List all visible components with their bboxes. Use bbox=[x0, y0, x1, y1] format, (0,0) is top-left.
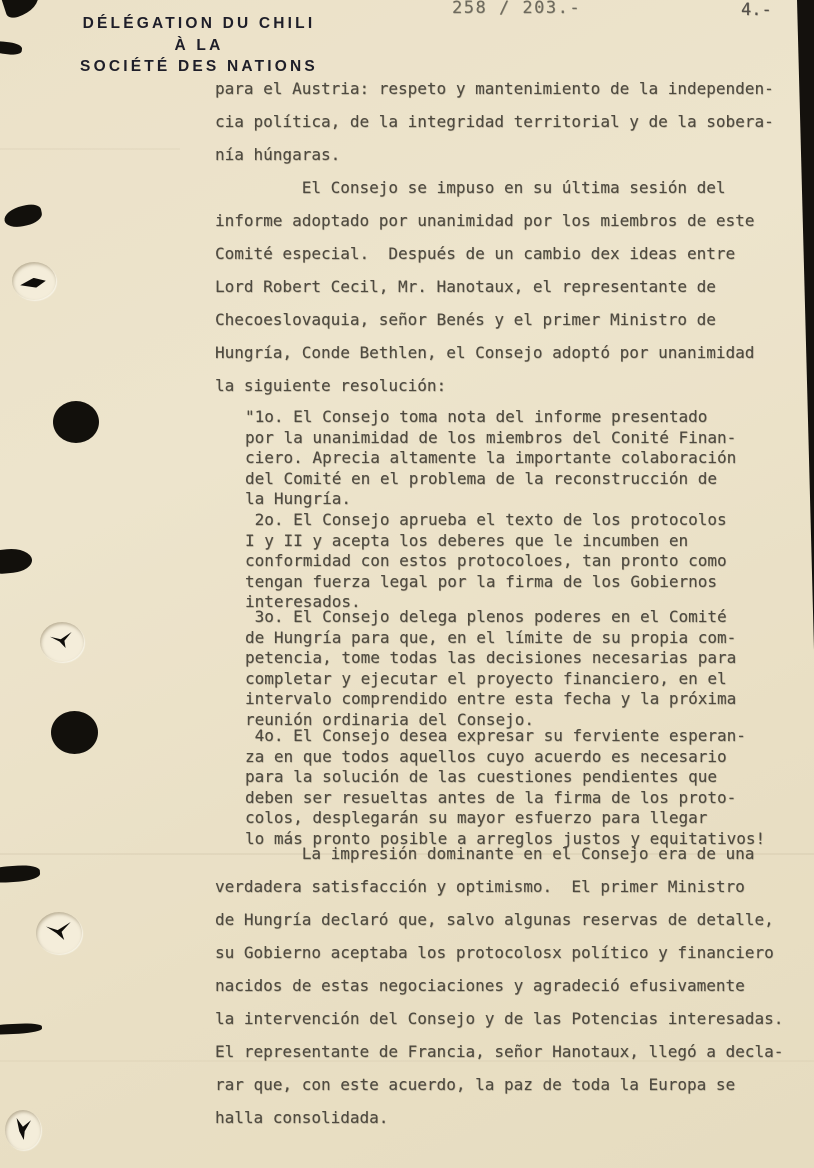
text-line: la siguiente resolución: bbox=[215, 369, 754, 402]
paper-crease bbox=[0, 1060, 814, 1062]
text-line: za en que todos aquellos cuyo acuerdo es… bbox=[245, 747, 765, 768]
binding-mark bbox=[0, 40, 23, 56]
letterhead-line-1: DÉLÉGATION DU CHILI bbox=[76, 13, 322, 35]
text-line: ciero. Aprecia altamente la importante c… bbox=[245, 448, 736, 469]
text-line: del Comité en el problema de la reconstr… bbox=[245, 469, 736, 490]
binding-mark bbox=[0, 1022, 42, 1035]
text-line: El representante de Francia, señor Hanot… bbox=[215, 1035, 783, 1068]
text-line: rar que, con este acuerdo, la paz de tod… bbox=[215, 1068, 783, 1101]
text-line: intervalo comprendido entre esta fecha y… bbox=[245, 689, 736, 710]
resolution-item-1: "1o. El Consejo toma nota del informe pr… bbox=[245, 407, 736, 510]
paper-crease bbox=[0, 853, 814, 855]
punch-hole bbox=[5, 1110, 41, 1150]
text-line: Checoeslovaquia, señor Benés y el primer… bbox=[215, 303, 754, 336]
paragraph-austria-guarantees: para el Austria: respeto y mantenimiento… bbox=[215, 72, 774, 171]
binding-mark bbox=[0, 864, 40, 884]
paragraph-closing-impressions: La impresión dominante en el Consejo era… bbox=[215, 837, 783, 1134]
punch-hole bbox=[12, 262, 56, 300]
text-line: de Hungría declaró que, salvo algunas re… bbox=[215, 903, 783, 936]
punch-hole-filled bbox=[51, 711, 98, 754]
letterhead: DÉLÉGATION DU CHILI À LA SOCIÉTÉ DES NAT… bbox=[76, 13, 322, 78]
binding-mark bbox=[13, 1118, 31, 1140]
paper-crease bbox=[0, 148, 180, 150]
resolution-item-2: 2o. El Consejo aprueba el texto de los p… bbox=[245, 510, 727, 613]
text-line: Lord Robert Cecil, Mr. Hanotaux, el repr… bbox=[215, 270, 754, 303]
paragraph-council-report: El Consejo se impuso en su última sesión… bbox=[215, 171, 754, 402]
text-line: 3o. El Consejo delega plenos poderes en … bbox=[245, 607, 736, 628]
punch-hole-filled bbox=[53, 401, 99, 443]
text-line: cia política, de la integridad territori… bbox=[215, 105, 774, 138]
punch-hole bbox=[40, 622, 84, 662]
text-line: "1o. El Consejo toma nota del informe pr… bbox=[245, 407, 736, 428]
text-line: I y II y acepta los deberes que le incum… bbox=[245, 531, 727, 552]
text-line: 4o. El Consejo desea expresar su fervien… bbox=[245, 726, 765, 747]
text-line: verdadera satisfacción y optimismo. El p… bbox=[215, 870, 783, 903]
text-line: Hungría, Conde Bethlen, el Consejo adopt… bbox=[215, 336, 754, 369]
binding-mark bbox=[0, 547, 33, 575]
binding-mark bbox=[2, 202, 43, 229]
binding-mark bbox=[1, 0, 42, 20]
reference-number: 258 / 203.- bbox=[452, 0, 581, 18]
text-line: la intervención del Consejo y de las Pot… bbox=[215, 1002, 783, 1035]
document-page: DÉLÉGATION DU CHILI À LA SOCIÉTÉ DES NAT… bbox=[0, 0, 814, 1168]
text-line: Comité especial. Después de un cambio de… bbox=[215, 237, 754, 270]
text-line: petencia, tome todas las decisiones nece… bbox=[245, 648, 736, 669]
binding-mark bbox=[50, 632, 74, 648]
text-line: 2o. El Consejo aprueba el texto de los p… bbox=[245, 510, 727, 531]
text-line: de Hungría para que, en el límite de su … bbox=[245, 628, 736, 649]
resolution-item-4: 4o. El Consejo desea expresar su fervien… bbox=[245, 726, 765, 849]
letterhead-line-2: À LA bbox=[76, 35, 322, 57]
text-line: deben ser resueltas antes de la firma de… bbox=[245, 788, 765, 809]
text-line: colos, desplegarán su mayor esfuerzo par… bbox=[245, 808, 765, 829]
text-line: nacidos de estas negociaciones y agradec… bbox=[215, 969, 783, 1002]
text-line: para la solución de las cuestiones pendi… bbox=[245, 767, 765, 788]
resolution-item-3: 3o. El Consejo delega plenos poderes en … bbox=[245, 607, 736, 730]
text-line: la Hungría. bbox=[245, 489, 736, 510]
text-line: para el Austria: respeto y mantenimiento… bbox=[215, 72, 774, 105]
text-line: halla consolidada. bbox=[215, 1101, 783, 1134]
binding-mark bbox=[46, 922, 72, 940]
scan-edge-shadow bbox=[797, 0, 814, 650]
text-line: su Gobierno aceptaba los protocolosx pol… bbox=[215, 936, 783, 969]
text-line: conformidad con estos protocoloes, tan p… bbox=[245, 551, 727, 572]
text-line: informe adoptado por unanimidad por los … bbox=[215, 204, 754, 237]
page-number: 4.- bbox=[741, 0, 772, 20]
punch-hole bbox=[36, 912, 82, 954]
text-line: completar y ejecutar el proyecto financi… bbox=[245, 669, 736, 690]
text-line: tengan fuerza legal por la firma de los … bbox=[245, 572, 727, 593]
text-line: nía húngaras. bbox=[215, 138, 774, 171]
binding-mark bbox=[19, 276, 46, 290]
text-line: El Consejo se impuso en su última sesión… bbox=[215, 171, 754, 204]
text-line: por la unanimidad de los miembros del Co… bbox=[245, 428, 736, 449]
